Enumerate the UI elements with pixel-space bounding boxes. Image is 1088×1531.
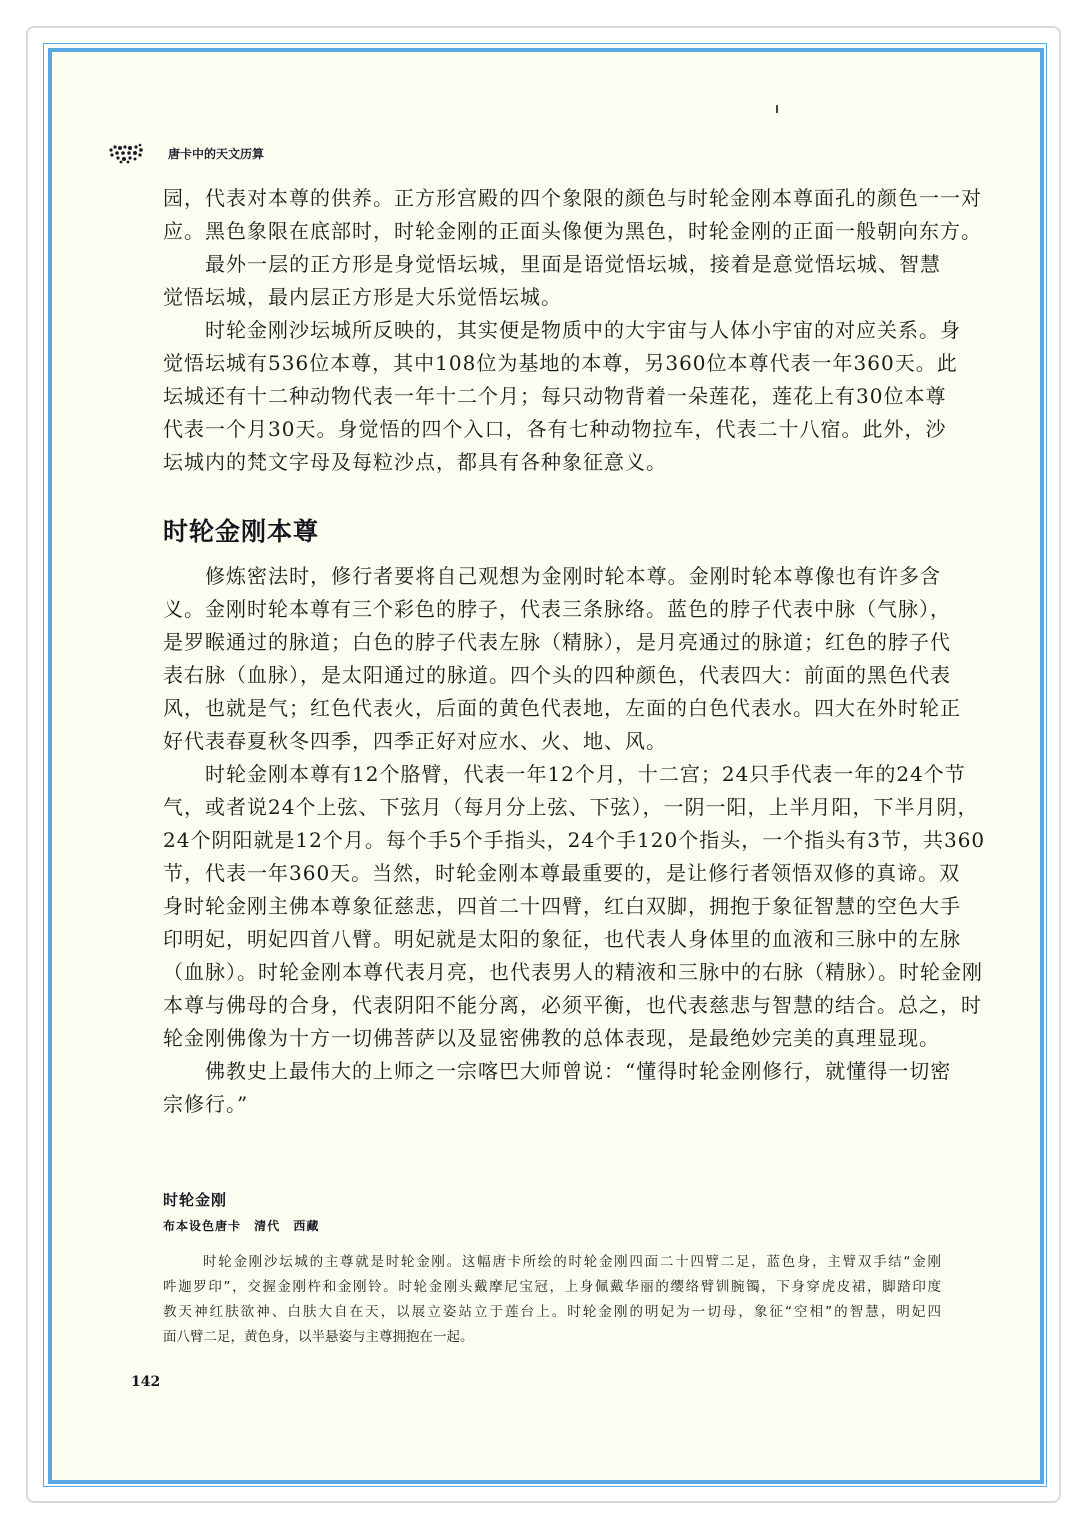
text-line: 代表一个月30天。身觉悟的四个入口，各有七种动物拉车，代表二十八宿。此外，沙	[163, 413, 941, 446]
section-heading: 时轮金刚本尊	[163, 512, 319, 548]
text-line: 好代表春夏秋冬四季，四季正好对应水、火、地、风。	[163, 725, 941, 758]
text-line: 义。金刚时轮本尊有三个彩色的脖子，代表三条脉络。蓝色的脖子代表中脉（气脉），	[163, 593, 941, 626]
text-line: 身时轮金刚主佛本尊象征慈悲，四首二十四臂，红白双脚，拥抱于象征智慧的空色大手	[163, 890, 941, 923]
caption-line: 吽迦罗印”，交握金刚杵和金刚铃。时轮金刚头戴摩尼宝冠，上身佩戴华丽的缨络臂钏腕镯…	[163, 1275, 941, 1300]
text-line: 应。黑色象限在底部时，时轮金刚的正面头像便为黑色，时轮金刚的正面一般朝向东方。	[163, 215, 941, 248]
text-line: 印明妃，明妃四首八臂。明妃就是太阳的象征，也代表人身体里的血液和三脉中的左脉	[163, 923, 941, 956]
caption-title: 时轮金刚	[163, 1189, 227, 1210]
text-line: 觉悟坛城，最内层正方形是大乐觉悟坛城。	[163, 281, 941, 314]
text-line: 园，代表对本尊的供养。正方形宫殿的四个象限的颜色与时轮金刚本尊面孔的颜色一一对	[163, 182, 941, 215]
text-line: 坛城还有十二种动物代表一年十二个月；每只动物背着一朵莲花，莲花上有30位本尊	[163, 380, 941, 413]
print-speck	[776, 105, 778, 113]
tibetan-ornament-icon	[108, 141, 144, 165]
text-line: 风，也就是气；红色代表火，后面的黄色代表地，左面的白色代表水。四大在外时轮正	[163, 692, 941, 725]
intro-text: 园，代表对本尊的供养。正方形宫殿的四个象限的颜色与时轮金刚本尊面孔的颜色一一对 …	[163, 182, 941, 479]
text-line: 轮金刚佛像为十方一切佛菩萨以及显密佛教的总体表现，是最绝妙完美的真理显现。	[163, 1022, 941, 1055]
caption-body: 时轮金刚沙坛城的主尊就是时轮金刚。这幅唐卡所绘的时轮金刚四面二十四臂二足，蓝色身…	[163, 1250, 941, 1350]
text-line: 时轮金刚沙坛城所反映的，其实便是物质中的大宇宙与人体小宇宙的对应关系。身	[163, 314, 941, 347]
caption-subtitle: 布本设色唐卡 清代 西藏	[163, 1217, 319, 1234]
text-line: 节，代表一年360天。当然，时轮金刚本尊最重要的，是让修行者领悟双修的真谛。双	[163, 857, 941, 890]
text-line: 表右脉（血脉），是太阳通过的脉道。四个头的四种颜色，代表四大：前面的黑色代表	[163, 659, 941, 692]
caption-line: 面八臂二足，黄色身，以半悬姿与主尊拥抱在一起。	[163, 1325, 941, 1350]
text-line: 24个阴阳就是12个月。每个手5个手指头，24个手120个指头，一个指头有3节，…	[163, 824, 941, 857]
text-line: 修炼密法时，修行者要将自己观想为金刚时轮本尊。金刚时轮本尊像也有许多含	[163, 560, 941, 593]
text-line: 时轮金刚本尊有12个胳臂，代表一年12个月，十二宫；24只手代表一年的24个节	[163, 758, 941, 791]
text-line: 最外一层的正方形是身觉悟坛城，里面是语觉悟坛城，接着是意觉悟坛城、智慧	[163, 248, 941, 281]
book-page: 唐卡中的天文历算 园，代表对本尊的供养。正方形宫殿的四个象限的颜色与时轮金刚本尊…	[0, 0, 1088, 1531]
text-line: 本尊与佛母的合身，代表阴阳不能分离，必须平衡，也代表慈悲与智慧的结合。总之，时	[163, 989, 941, 1022]
text-line: 佛教史上最伟大的上师之一宗喀巴大师曾说：“懂得时轮金刚修行，就懂得一切密	[163, 1055, 941, 1088]
running-head: 唐卡中的天文历算	[108, 140, 264, 166]
page-number: 142	[131, 1374, 160, 1390]
caption-line: 教天神红肤欲神、白肤大自在天，以展立姿站立于莲台上。时轮金刚的明妃为一切母，象征…	[163, 1300, 941, 1325]
text-line: 觉悟坛城有536位本尊，其中108位为基地的本尊，另360位本尊代表一年360天…	[163, 347, 941, 380]
caption-line: 时轮金刚沙坛城的主尊就是时轮金刚。这幅唐卡所绘的时轮金刚四面二十四臂二足，蓝色身…	[163, 1250, 941, 1275]
text-line: 宗修行。”	[163, 1088, 941, 1121]
text-line: 是罗睺通过的脉道；白色的脖子代表左脉（精脉），是月亮通过的脉道；红色的脖子代	[163, 626, 941, 659]
text-line: 气，或者说24个上弦、下弦月（每月分上弦、下弦），一阴一阳，上半月阳，下半月阴，	[163, 791, 941, 824]
section-text: 修炼密法时，修行者要将自己观想为金刚时轮本尊。金刚时轮本尊像也有许多含 义。金刚…	[163, 560, 941, 1121]
text-line: 坛城内的梵文字母及每粒沙点，都具有各种象征意义。	[163, 446, 941, 479]
text-line: （血脉）。时轮金刚本尊代表月亮，也代表男人的精液和三脉中的右脉（精脉）。时轮金刚	[163, 956, 941, 989]
running-title: 唐卡中的天文历算	[168, 145, 264, 162]
